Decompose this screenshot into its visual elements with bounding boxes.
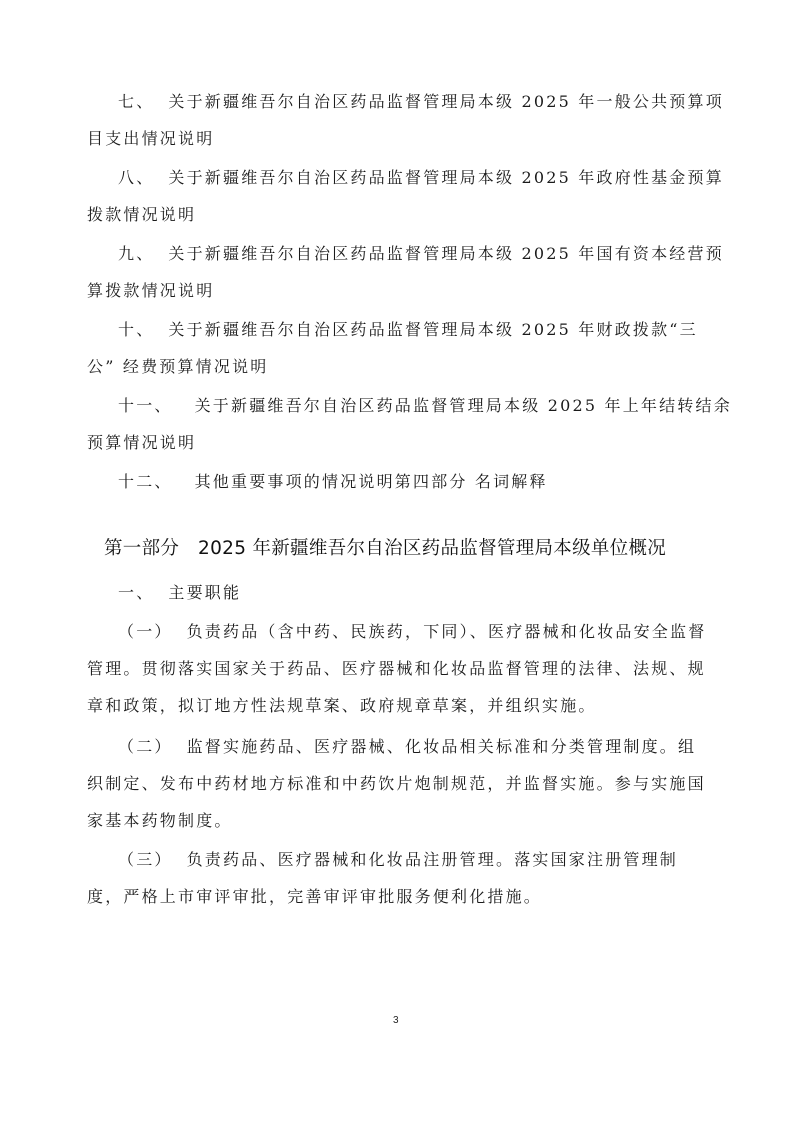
paragraph-2-line1: （二）监督实施药品、医疗器械、化妆品相关标准和分类管理制度。组 bbox=[118, 737, 740, 757]
toc-item-12-line1: 十二、其他重要事项的情况说明第四部分 名词解释 bbox=[118, 472, 740, 492]
paragraph-3-line1: （三）负责药品、医疗器械和化妆品注册管理。落实国家注册管理制 bbox=[118, 850, 740, 870]
subheading-number: 一、 bbox=[118, 583, 154, 603]
paragraph-2-line3: 家基本药物制度。 bbox=[87, 811, 709, 831]
toc-item-11-line2: 预算情况说明 bbox=[87, 433, 709, 453]
toc-item-number: 八、 bbox=[118, 168, 154, 188]
toc-item-number: 十一、 bbox=[118, 396, 173, 416]
toc-item-text: 关于新疆维吾尔自治区药品监督管理局本级 2025 年政府性基金预算 bbox=[168, 168, 724, 187]
paragraph-1-line2: 管理。贯彻落实国家关于药品、医疗器械和化妆品监督管理的法律、法规、规 bbox=[87, 659, 709, 679]
toc-item-number: 七、 bbox=[118, 92, 154, 112]
toc-item-number: 十、 bbox=[118, 320, 154, 340]
paragraph-text: 负责药品、医疗器械和化妆品注册管理。落实国家注册管理制 bbox=[187, 850, 678, 869]
toc-item-8-line2: 拨款情况说明 bbox=[87, 205, 709, 225]
section-heading: 第一部分 2025 年新疆维吾尔自治区药品监督管理局本级单位概况 bbox=[104, 537, 666, 561]
paragraph-number: （三） bbox=[118, 850, 173, 870]
toc-item-10-line2: 公” 经费预算情况说明 bbox=[87, 357, 709, 377]
toc-item-text: 关于新疆维吾尔自治区药品监督管理局本级 2025 年一般公共预算项 bbox=[168, 92, 724, 111]
toc-item-text: 关于新疆维吾尔自治区药品监督管理局本级 2025 年国有资本经营预 bbox=[168, 244, 724, 263]
toc-item-text: 关于新疆维吾尔自治区药品监督管理局本级 2025 年财政拨款“三 bbox=[168, 320, 697, 339]
paragraph-1-line1: （一）负责药品（含中药、民族药，下同）、医疗器械和化妆品安全监督 bbox=[118, 622, 740, 642]
paragraph-number: （二） bbox=[118, 737, 173, 757]
toc-item-7-line1: 七、关于新疆维吾尔自治区药品监督管理局本级 2025 年一般公共预算项 bbox=[118, 92, 740, 112]
paragraph-2-line2: 织制定、发布中药材地方标准和中药饮片炮制规范，并监督实施。参与实施国 bbox=[87, 774, 709, 794]
toc-item-8-line1: 八、关于新疆维吾尔自治区药品监督管理局本级 2025 年政府性基金预算 bbox=[118, 168, 740, 188]
subheading-text: 主要职能 bbox=[168, 583, 241, 602]
paragraph-1-line3: 章和政策，拟订地方性法规草案、政府规章草案，并组织实施。 bbox=[87, 696, 709, 716]
paragraph-text: 监督实施药品、医疗器械、化妆品相关标准和分类管理制度。组 bbox=[187, 737, 697, 756]
toc-item-10-line1: 十、关于新疆维吾尔自治区药品监督管理局本级 2025 年财政拨款“三 bbox=[118, 320, 740, 340]
toc-item-text: 关于新疆维吾尔自治区药品监督管理局本级 2025 年上年结转结余 bbox=[195, 396, 732, 415]
document-page: 七、关于新疆维吾尔自治区药品监督管理局本级 2025 年一般公共预算项 目支出情… bbox=[0, 0, 793, 1122]
toc-item-9-line1: 九、关于新疆维吾尔自治区药品监督管理局本级 2025 年国有资本经营预 bbox=[118, 244, 740, 264]
toc-item-7-line2: 目支出情况说明 bbox=[87, 129, 709, 149]
paragraph-text: 负责药品（含中药、民族药，下同）、医疗器械和化妆品安全监督 bbox=[187, 622, 707, 641]
paragraph-3-line2: 度，严格上市审评审批，完善审评审批服务便利化措施。 bbox=[87, 887, 709, 907]
page-number: 3 bbox=[393, 1015, 399, 1026]
toc-item-9-line2: 算拨款情况说明 bbox=[87, 281, 709, 301]
subheading: 一、主要职能 bbox=[118, 583, 740, 603]
toc-item-11-line1: 十一、关于新疆维吾尔自治区药品监督管理局本级 2025 年上年结转结余 bbox=[118, 396, 740, 416]
toc-item-number: 九、 bbox=[118, 244, 154, 264]
toc-item-text: 其他重要事项的情况说明第四部分 名词解释 bbox=[195, 472, 548, 491]
toc-item-number: 十二、 bbox=[118, 472, 173, 492]
paragraph-number: （一） bbox=[118, 622, 173, 642]
